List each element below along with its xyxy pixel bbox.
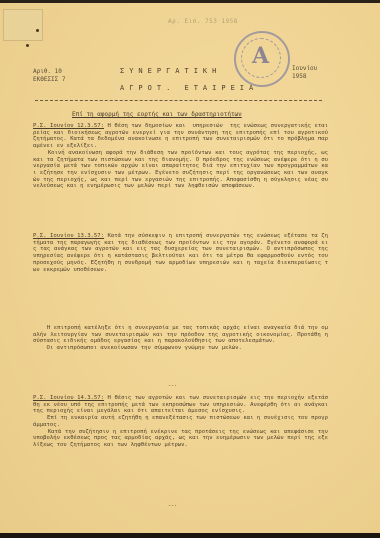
end-separator: --- xyxy=(168,503,177,509)
section-separator: --- xyxy=(168,383,177,389)
header-ref-line: ΕΚΘΕΣΙΣ 7 xyxy=(33,76,66,84)
archive-label-sticker xyxy=(3,9,43,41)
header-date: Ιουνίου 1958 xyxy=(292,65,317,81)
title-line: ΣΥΝΕΡΓΑΤΙΚΗ xyxy=(120,63,258,80)
header-reference: Αριθ. 10 ΕΚΘΕΣΙΣ 7 xyxy=(33,68,66,84)
paragraph-text: Κατά την σύσκεψιν η επιτροπή συνεργατών … xyxy=(33,233,331,273)
paragraph: Ρ.Σ. Ιουνίου 13.3.57: Κατά την σύσκεψιν … xyxy=(33,233,328,273)
date-line: 1958 xyxy=(292,73,317,81)
paragraph-text: Η θέσις των αγροτών και των συνεταιρισμώ… xyxy=(33,395,331,448)
paragraph: Η επιτροπή κατέληξε ότι η συνεργασία με … xyxy=(33,325,328,352)
header-title: ΣΥΝΕΡΓΑΤΙΚΗ ΑΓΡΟΤ. ΕΤΑΙΡΕΙΑ xyxy=(120,63,258,97)
paragraph-heading: Ρ.Σ. Ιουνίου 14.3.57: xyxy=(33,395,104,401)
paragraph-heading: Ρ.Σ. Ιουνίου 13.3.57: xyxy=(33,233,104,239)
archive-reference: Αρ. Εισ. 753 1958 xyxy=(168,18,238,25)
title-line: ΑΓΡΟΤ. ΕΤΑΙΡΕΙΑ xyxy=(120,80,258,97)
paragraph: Ρ.Σ. Ιουνίου 12.3.57: Η θέση των δημοσίω… xyxy=(33,123,328,190)
header-ref-line: Αριθ. 10 xyxy=(33,68,66,76)
date-line: Ιουνίου xyxy=(292,65,317,73)
paragraph: Ρ.Σ. Ιουνίου 14.3.57: Η θέσις των αγροτώ… xyxy=(33,395,328,449)
ink-spot xyxy=(36,29,39,32)
paragraph-heading: Ρ.Σ. Ιουνίου 12.3.57: xyxy=(33,123,104,129)
document-page: Αρ. Εισ. 753 1958 Α Αριθ. 10 ΕΚΘΕΣΙΣ 7 Σ… xyxy=(0,3,380,533)
scan-edge xyxy=(0,533,380,538)
subject-line: Επί τη αφορμή της εορτής και των δραστηρ… xyxy=(72,111,242,118)
ink-spot xyxy=(26,44,29,47)
paragraph-text: Η επιτροπή κατέληξε ότι η συνεργασία με … xyxy=(33,325,331,351)
paragraph-text: Η θέση των δημοσίων και υπηρεσιών της εν… xyxy=(33,123,331,189)
header-divider xyxy=(35,100,322,101)
